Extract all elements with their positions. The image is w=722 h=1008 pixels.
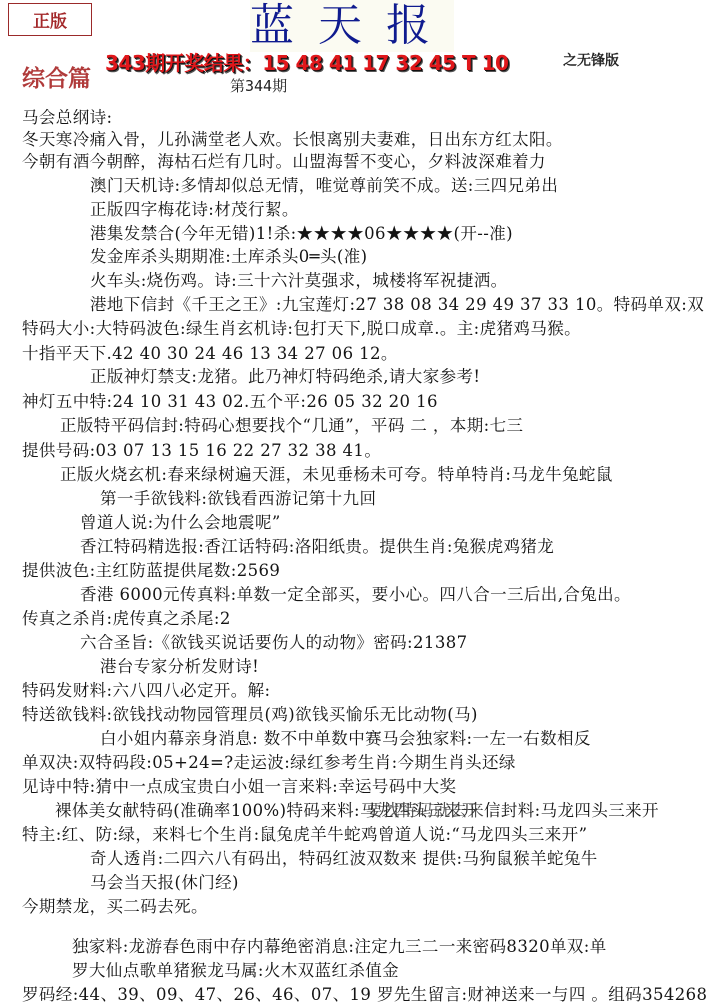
edition-subtitle: 之无锋版	[563, 50, 619, 70]
text-line: 正版神灯禁支:龙猪。此乃神灯特码绝杀,请大家参考!	[90, 366, 480, 388]
text-line: 罗码经:44、39、09、47、26、46、07、19 罗先生留言:财神送来一与…	[22, 984, 707, 1006]
text-line: 港地下信封《千王之王》:九宝莲灯:27 38 08 34 29 49 37 33…	[90, 294, 704, 316]
masthead-title: 蓝天报	[250, 0, 454, 52]
text-line: 特码大小:大特码波色:绿生肖玄机诗:包打天下,脱口成章.。主:虎猪鸡马猴。	[22, 318, 581, 340]
text-line: 特送欲钱料:欲钱找动物园管理员(鸡)欲钱买愉乐无比动物(马)	[22, 704, 478, 726]
text-line: 正版特平码信封:特码心想要找个“几通”，平码 二 ，本期:七三	[60, 415, 523, 437]
text-line: 正版火烧玄机:春来绿树遍天涯，未见垂杨未可夸。特单特肖:马龙牛兔蛇鼠	[60, 464, 613, 486]
text-line: 白小姐内幕亲身消息: 数不中单数中赛马会独家料:一左一右数相反	[100, 728, 591, 750]
text-line: 港台专家分析发财诗!	[100, 656, 259, 678]
overlap-text-line: 裸体美女献特码(准确率100%)特码来料: 马龙四头三来开 要找特码就去来 信封…	[55, 800, 659, 822]
text-line: 香港 6000元传真料:单数一定全部买，要小心。四八合一三后出,合兔出。	[80, 584, 631, 606]
text-line: 澳门天机诗:多情却似总无情，唯觉尊前笑不成。送:三四兄弟出	[90, 175, 558, 197]
text-line: 十指平天下.42 40 30 24 46 13 34 27 06 12。	[22, 343, 398, 365]
text-line: 特码发财料:六八四八必定开。解:	[22, 680, 271, 702]
overlap-text-b: 要找特码就去来	[366, 800, 484, 822]
text-line: 马会总纲诗:	[22, 107, 112, 129]
text-line: 传真之杀肖:虎传真之杀尾:2	[22, 608, 231, 630]
text-line: 港集发禁合(今年无错)1!杀:★★★★06★★★★(开--准)	[90, 223, 513, 245]
text-line: 特主:红、防:绿，来料七个生肖:鼠兔虎羊牛蛇鸡曾道人说:“马龙四头三来开”	[22, 824, 587, 846]
text-line: 今朝有酒今朝醉，海枯石烂有几时。山盟海誓不变心，夕料波深难着力	[22, 151, 546, 173]
text-line: 第一手欲钱料:欲钱看西游记第十九回	[100, 488, 376, 510]
edition-badge-label: 正版	[33, 7, 67, 32]
text-line: 见诗中特:猜中一点成宝贵白小姐一言来料:幸运号码中大奖	[22, 776, 456, 798]
text-line: 马会当天报(休门经)	[90, 872, 239, 894]
issue-number: 第344期	[230, 75, 287, 96]
edition-badge: 正版	[8, 3, 92, 36]
text-line: 神灯五中特:24 10 31 43 02.五个平:26 05 32 20 16	[22, 391, 438, 413]
section-title: 综合篇	[22, 60, 91, 93]
text-line: 今期禁龙，买二码去死。	[22, 896, 208, 918]
text-line: 香江特码精选报:香江话特码:洛阳纸贵。提供生肖:兔猴虎鸡猪龙	[80, 536, 554, 558]
text-line: 罗大仙点歌单猪猴龙马属:火木双蓝红杀值金	[72, 960, 399, 982]
text-line: 奇人透肖:二四六八有码出，特码红波双数来 提供:马狗鼠猴羊蛇兔牛	[90, 848, 598, 870]
text-line: 发金库杀头期期准:土库杀头0═头(准)	[90, 246, 367, 268]
text-line: 六合圣旨:《欲钱买说话要伤人的动物》密码:21387	[80, 632, 468, 654]
text-line: 提供号码:03 07 13 15 16 22 27 32 38 41。	[22, 440, 381, 462]
text-line: 正版四字梅花诗:材茂行絜。	[90, 199, 299, 221]
text-line: 提供波色:主红防蓝提供尾数:2569	[22, 560, 280, 582]
text-line: 单双决:双特码段:05+24=?走运波:绿红参考生肖:今期生肖头还绿	[22, 752, 516, 774]
overlap-prefix: 裸体美女献特码(准确率100%)特码来料:	[55, 801, 360, 820]
draw-result-banner: 343期开奖结果：15 48 41 17 32 45 T 10	[105, 47, 508, 76]
text-line: 火车头:烧伤鸡。诗:三十六汁莫强求，城楼将军祝捷洒。	[90, 270, 508, 292]
text-line: 曾道人说:为什么会地震呢”	[80, 512, 281, 534]
overlap-suffix: 信封料:马龙四头三来开	[478, 801, 659, 820]
text-line: 独家料:龙游春色雨中存内幕绝密消息:注定九三二一来密码8320单双:单	[72, 936, 607, 958]
text-line: 冬天寒冷痛入骨，儿孙满堂老人欢。长恨离别夫妻难，日出东方红太阳。	[22, 129, 563, 151]
